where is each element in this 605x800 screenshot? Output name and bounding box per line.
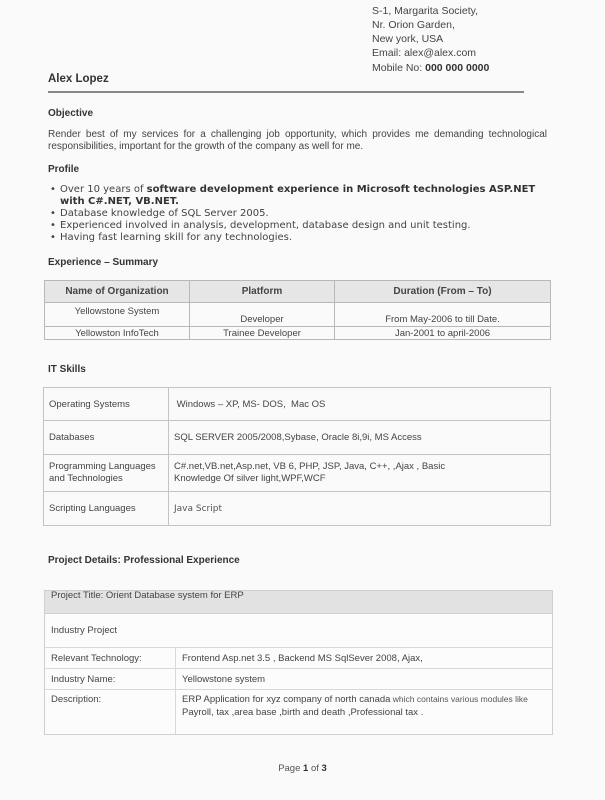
table-cell: Jan-2001 to april-2006 — [335, 327, 551, 340]
table-header-row: Name of Organization Platform Duration (… — [45, 281, 551, 303]
table-cell: Trainee Developer — [190, 327, 335, 340]
skill-label: Programming Languages and Technologies — [44, 455, 169, 492]
table-cell: Yellowstone System — [45, 303, 190, 327]
table-row: Relevant Technology: Frontend Asp.net 3.… — [45, 648, 552, 669]
page-label: Page — [278, 763, 303, 774]
profile-item-text: Database knowledge of SQL Server 2005. — [60, 208, 269, 219]
profile-item-text: Experienced involved in analysis, develo… — [60, 220, 471, 231]
mobile-number: Mobile No: 000 000 0000 — [372, 62, 489, 74]
project-type: Industry Project — [45, 614, 552, 648]
address-line: Nr. Orion Garden, — [372, 18, 478, 32]
table-row: Programming Languages and Technologies C… — [44, 455, 551, 492]
page-footer: Page 1 of 3 — [0, 763, 605, 774]
experience-table: Name of Organization Platform Duration (… — [44, 280, 551, 340]
it-skills-table: Operating Systems Windows – XP, MS- DOS,… — [43, 387, 551, 526]
header-divider — [48, 91, 524, 93]
mobile-label: Mobile No: — [372, 62, 425, 74]
candidate-name: Alex Lopez — [48, 73, 109, 85]
profile-heading: Profile — [48, 164, 79, 175]
project-label: Relevant Technology: — [45, 648, 176, 669]
skill-label: Scripting Languages — [44, 492, 169, 526]
profile-item: Having fast learning skill for any techn… — [50, 232, 555, 244]
description-main: ERP Application for xyz company of north… — [182, 694, 390, 705]
project-heading: Project Details: Professional Experience — [48, 555, 240, 566]
profile-item: Database knowledge of SQL Server 2005. — [50, 208, 555, 220]
of-label: of — [308, 763, 321, 774]
column-header: Platform — [190, 281, 335, 303]
column-header: Name of Organization — [45, 281, 190, 303]
project-value: ERP Application for xyz company of north… — [176, 690, 553, 735]
project-title: Project Title: Orient Database system fo… — [45, 591, 552, 614]
table-row: Yellowston InfoTech Trainee Developer Ja… — [45, 327, 551, 340]
profile-item: Over 10 years of software development ex… — [50, 184, 555, 208]
skill-value: SQL SERVER 2005/2008,Sybase, Oracle 8i,9… — [169, 421, 551, 455]
contact-address: S-1, Margarita Society, Nr. Orion Garden… — [372, 4, 478, 60]
email-line: Email: alex@alex.com — [372, 46, 478, 60]
project-details: Project Title: Orient Database system fo… — [44, 590, 553, 735]
table-cell: From May-2006 to till Date. — [335, 303, 551, 327]
project-table: Relevant Technology: Frontend Asp.net 3.… — [45, 648, 552, 734]
page-total: 3 — [322, 763, 327, 774]
project-value: Frontend Asp.net 3.5 , Backend MS SqlSev… — [176, 648, 553, 669]
profile-item-text: Over 10 years of — [60, 184, 147, 195]
column-header: Duration (From – To) — [335, 281, 551, 303]
it-skills-heading: IT Skills — [48, 364, 86, 375]
table-cell: Yellowston InfoTech — [45, 327, 190, 340]
profile-item-text: Having fast learning skill for any techn… — [60, 232, 292, 243]
objective-heading: Objective — [48, 108, 93, 119]
table-row: Scripting Languages Java Script — [44, 492, 551, 526]
experience-heading: Experience – Summary — [48, 257, 158, 268]
mobile-value: 000 000 0000 — [425, 62, 489, 74]
table-cell: Developer — [190, 303, 335, 327]
table-row: Industry Name: Yellowstone system — [45, 669, 552, 690]
table-row: Yellowstone System Developer From May-20… — [45, 303, 551, 327]
table-row: Description: ERP Application for xyz com… — [45, 690, 552, 735]
skill-value: Windows – XP, MS- DOS, Mac OS — [169, 388, 551, 421]
profile-list: Over 10 years of software development ex… — [50, 184, 555, 244]
skill-label: Databases — [44, 421, 169, 455]
project-label: Industry Name: — [45, 669, 176, 690]
description-small: which contains various modules like — [390, 694, 527, 704]
table-row: Operating Systems Windows – XP, MS- DOS,… — [44, 388, 551, 421]
skill-value: Java Script — [169, 492, 551, 526]
skill-label: Operating Systems — [44, 388, 169, 421]
project-value: Yellowstone system — [176, 669, 553, 690]
objective-text: Render best of my services for a challen… — [48, 129, 547, 153]
project-label: Description: — [45, 690, 176, 735]
skill-value: C#.net,VB.net,Asp.net, VB 6, PHP, JSP, J… — [169, 455, 551, 492]
description-rest: Payroll, tax ,area base ,birth and death… — [182, 707, 423, 718]
profile-item: Experienced involved in analysis, develo… — [50, 220, 555, 232]
address-line: New york, USA — [372, 32, 478, 46]
table-row: Databases SQL SERVER 2005/2008,Sybase, O… — [44, 421, 551, 455]
address-line: S-1, Margarita Society, — [372, 4, 478, 18]
